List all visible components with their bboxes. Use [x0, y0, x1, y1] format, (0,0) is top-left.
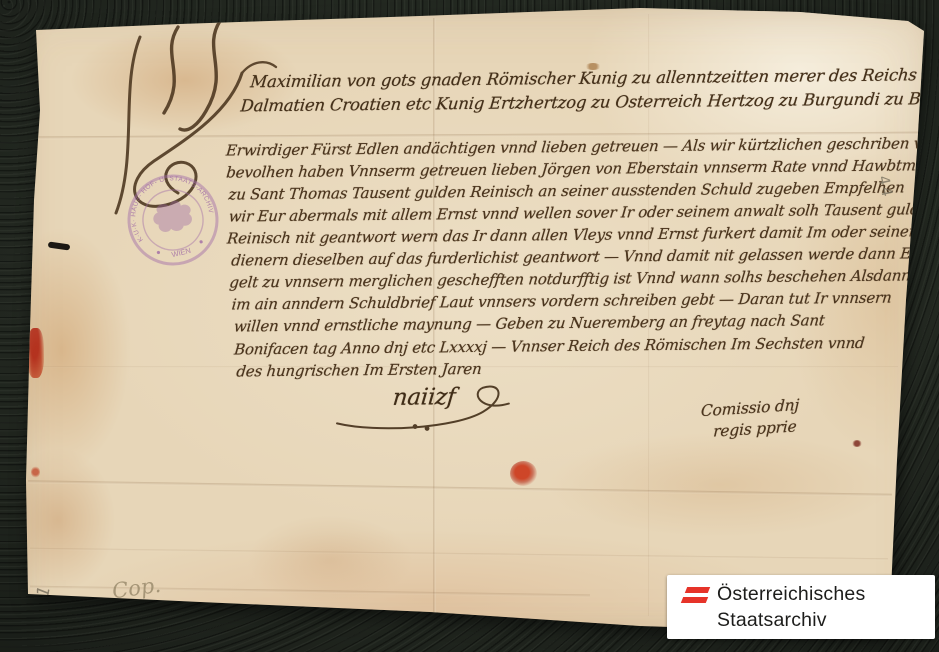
heading-line: Dalmatien Croatien etc Kunig Ertzhertzog…: [240, 88, 939, 115]
manuscript-paper: K·U·K· HAUS- HOF- U. STAATS-ARCHIV WIEN …: [0, 0, 939, 652]
chancellery-note-line: regis pprie: [713, 417, 797, 440]
flag-bottom-stripe: [681, 597, 708, 603]
staatsarchiv-line1: Österreichisches: [717, 581, 865, 607]
body-line: Reinisch nit geantwort wern das Ir dann …: [226, 222, 919, 247]
body-line: willen vnnd ernstliche maynung — Geben z…: [233, 311, 825, 335]
austrian-flag-icon: [680, 586, 708, 604]
body-line: bevolhen haben Vnnserm getreuen lieben J…: [226, 156, 935, 181]
body-line: wir Eur abermals mit allem Ernst vnnd we…: [228, 200, 939, 225]
staatsarchiv-label: Österreichisches Staatsarchiv: [667, 575, 935, 639]
body-line: dienern dieselben auf das furderlichist …: [230, 244, 939, 270]
body-line: Bonifacen tag Anno dnj etc Lxxxxj — Vnns…: [233, 334, 865, 359]
archival-photo-viewport: { "scene": { "background_color": "#252b2…: [0, 0, 939, 652]
manuscript-paper-wrap: K·U·K· HAUS- HOF- U. STAATS-ARCHIV WIEN …: [0, 0, 939, 652]
manuscript-text-block: Maximilian von gots gnaden Römischer Kun…: [0, 0, 939, 652]
body-line: im ain anndern Schuldbrief Laut vnnsers …: [231, 289, 892, 314]
body-line: gelt zu vnnsern merglichen geschefften n…: [229, 266, 912, 291]
body-line: zu Sant Thomas Tausent gulden Reinisch a…: [228, 178, 906, 203]
heading-line: Maximilian von gots gnaden Römischer Kun…: [250, 64, 939, 91]
signature-text: naiizf: [392, 384, 457, 411]
chancellery-note-line: Comissio dnj: [701, 396, 800, 420]
body-line: Erwirdiger Fürst Edlen andächtigen vnnd …: [225, 134, 939, 160]
staatsarchiv-line2: Staatsarchiv: [717, 607, 865, 633]
flag-top-stripe: [685, 587, 710, 593]
staatsarchiv-label-text: Österreichisches Staatsarchiv: [717, 581, 865, 633]
